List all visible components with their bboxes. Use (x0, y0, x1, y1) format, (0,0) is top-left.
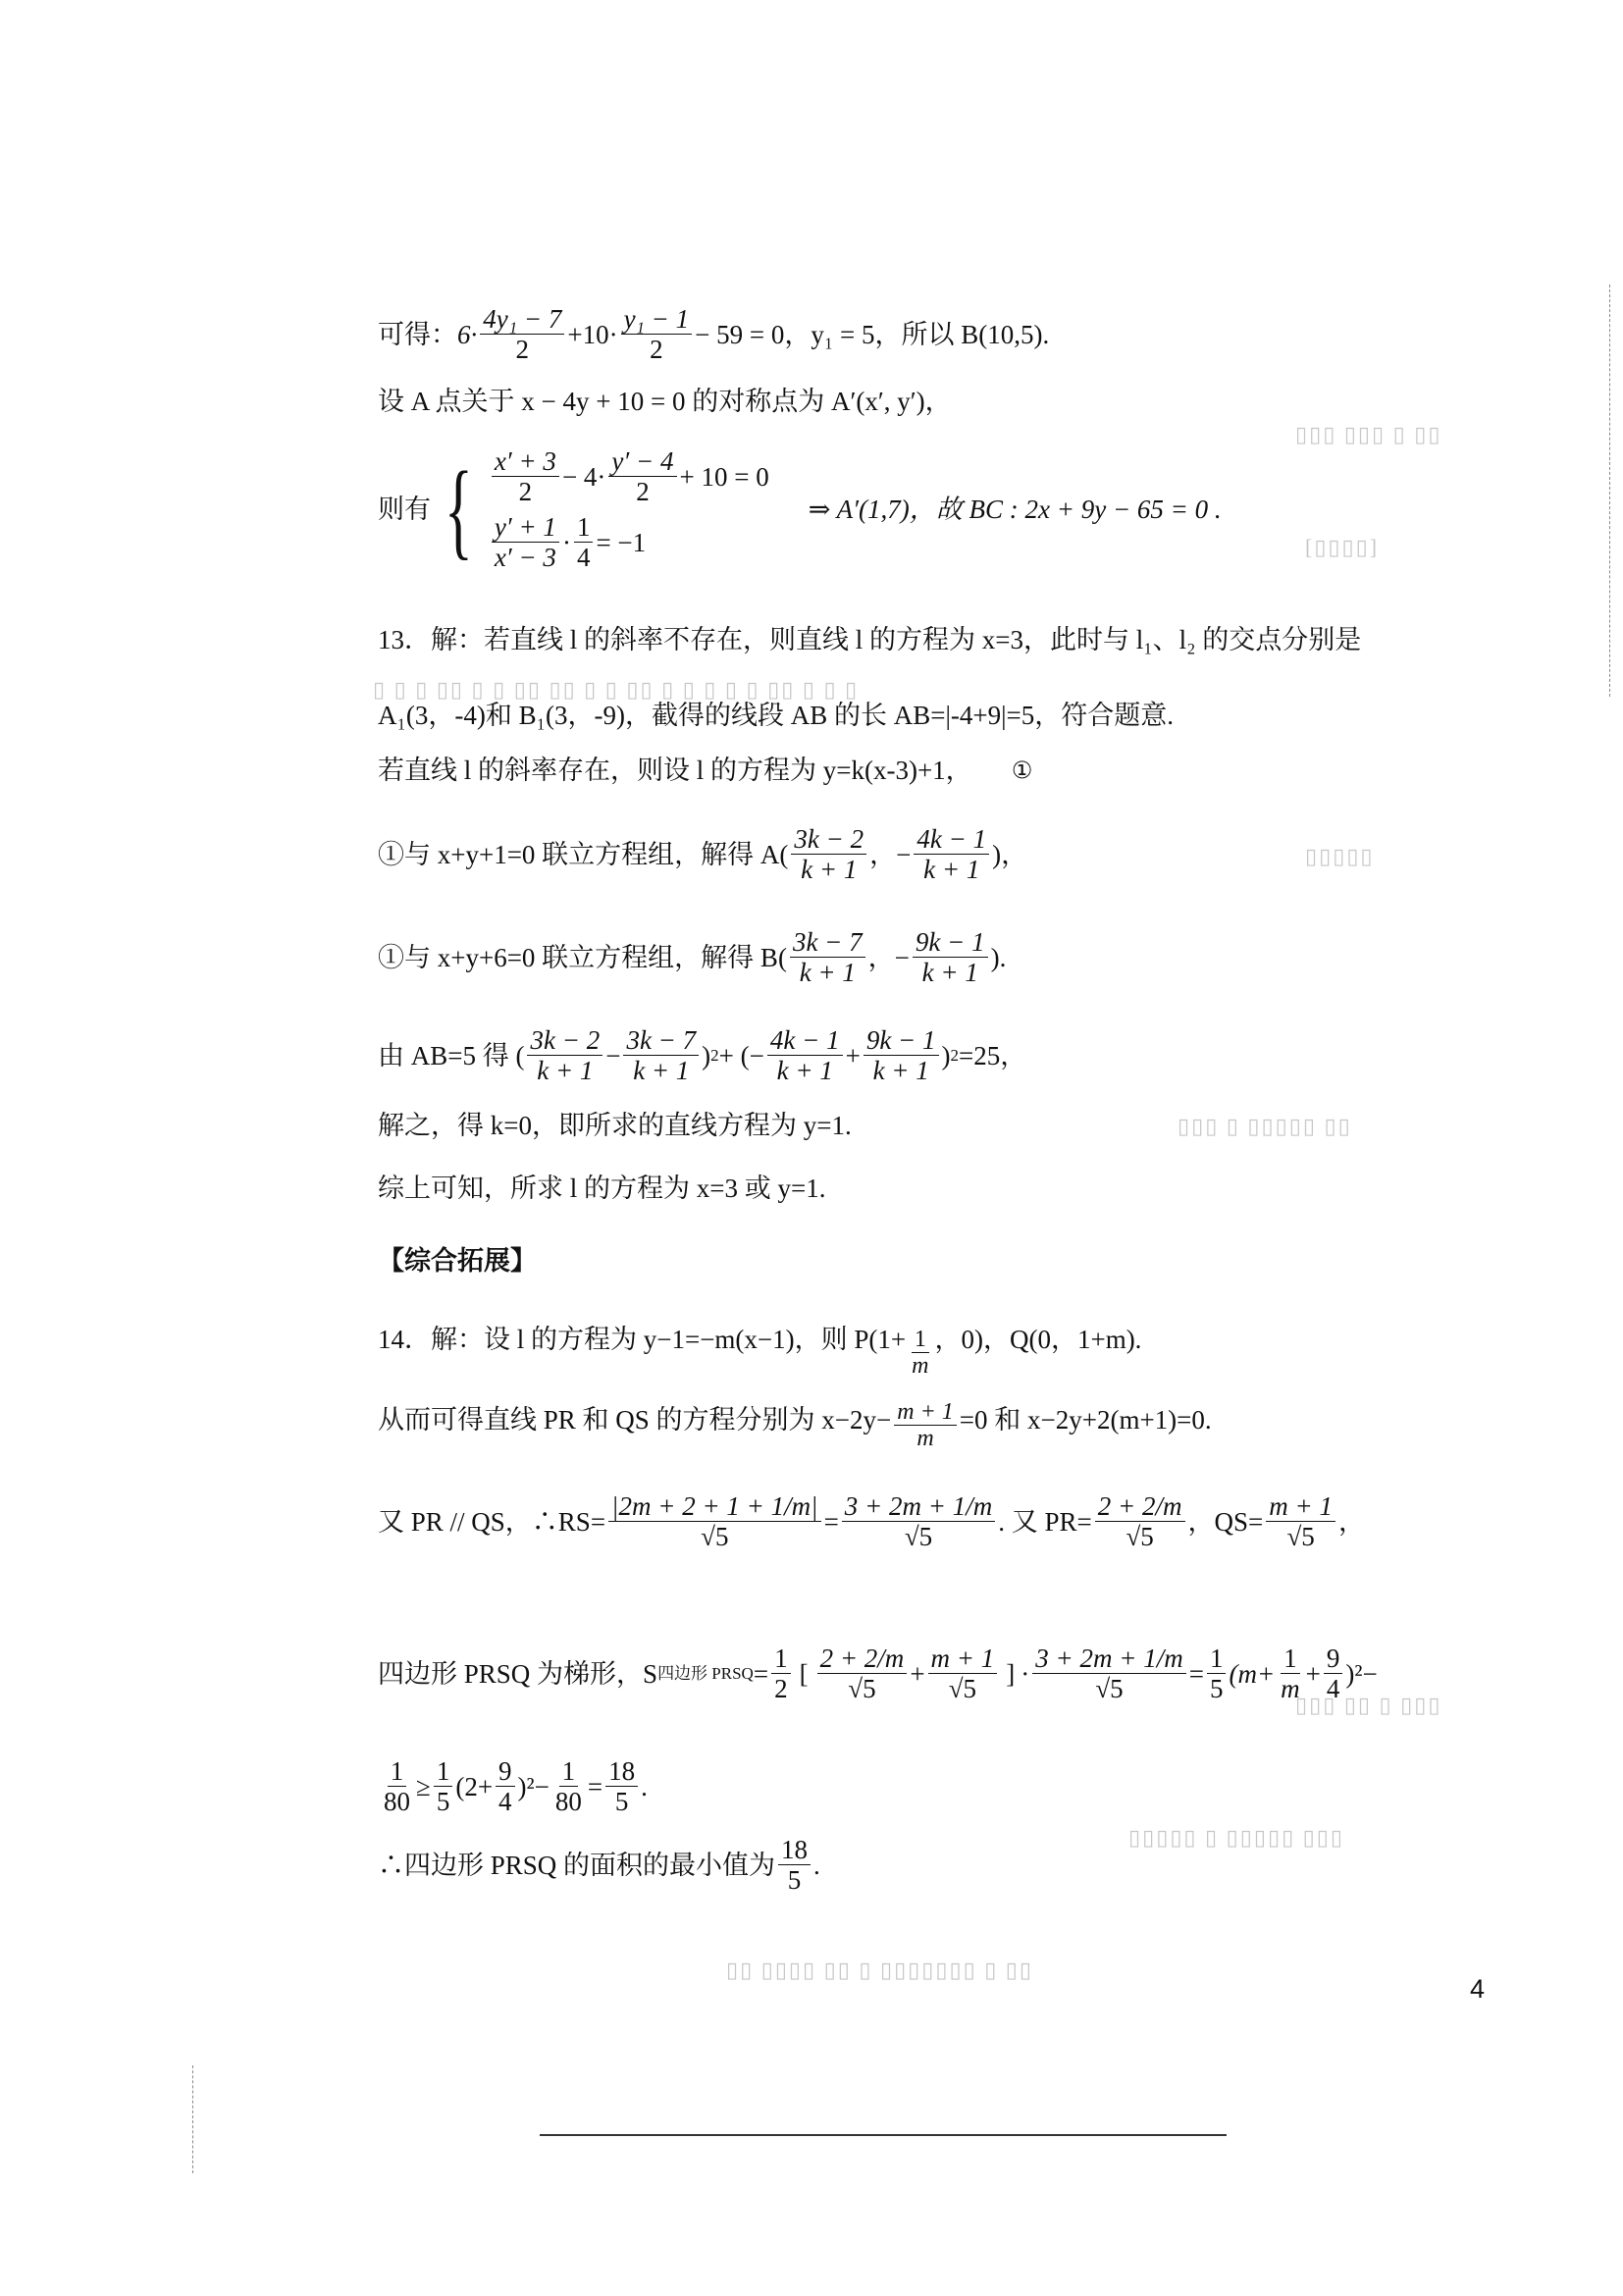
denominator: m (1278, 1674, 1303, 1703)
denominator: √5 (1123, 1522, 1156, 1551)
fraction: 4y₁ − 72 (480, 304, 564, 364)
math-text: − 59 = 0，y₁ = 5，所以 B(10,5). (695, 318, 1049, 351)
bleed-through-text: ▯▯▯ ▯▯▯ ▯ ▯▯ (1295, 422, 1441, 447)
numerator: 3 + 2m + 1/m (1032, 1644, 1185, 1674)
bleed-through-text: ▯▯▯▯▯ ▯ ▯▯▯▯▯ ▯▯▯ (1128, 1825, 1344, 1851)
denominator: 4 (496, 1787, 515, 1816)
point-b-line: ①与 x+y+6=0 联立方程组，解得 B( 3k − 7k + 1 ，− 9k… (378, 927, 1006, 987)
math-text: +10· (567, 318, 617, 351)
math-text: + 10 = 0 (680, 460, 769, 494)
fraction: x′ + 32 (492, 446, 559, 506)
denominator: 5 (785, 1865, 805, 1895)
denominator: k + 1 (534, 1056, 596, 1085)
denominator: 2 (771, 1674, 791, 1703)
problem-14-line-1: 14．解：设 l 的方程为 y−1=−m(x−1)，则 P(1+ 1m ，0)，… (378, 1313, 1141, 1365)
numerator: m + 1 (928, 1644, 998, 1674)
exponent: 2 (951, 1039, 960, 1072)
fraction: m + 1m (894, 1399, 957, 1451)
text-label: ∴四边形 PRSQ 的面积的最小值为 (378, 1849, 775, 1882)
numerator: |2m + 2 + 1 + 1/m| (608, 1491, 821, 1522)
numerator: 9 (1324, 1644, 1343, 1674)
fraction: 2 + 2/m√5 (1095, 1491, 1185, 1551)
numerator: x′ + 3 (492, 446, 559, 477)
system-row-1: x′ + 32 − 4· y′ − 42 + 10 = 0 (489, 446, 769, 506)
numerator: 18 (605, 1756, 638, 1787)
math-text: . (813, 1849, 820, 1882)
fraction: 185 (605, 1756, 638, 1816)
math-text: · (1021, 1657, 1029, 1691)
fraction: 1m (909, 1327, 931, 1379)
denominator: 5 (1207, 1674, 1227, 1703)
math-text: = (1189, 1657, 1204, 1691)
fraction: 2 + 2/m√5 (817, 1644, 908, 1703)
page-number: 4 (1470, 1974, 1485, 2005)
bleed-through-text: ▯▯▯▯▯ (1305, 844, 1375, 869)
math-text: (m+ (1229, 1657, 1275, 1691)
math-text: [ (800, 1657, 809, 1691)
problem-14-line-2: 从而可得直线 PR 和 QS 的方程分别为 x−2y− m + 1m =0 和 … (378, 1393, 1212, 1445)
fraction: 94 (496, 1756, 515, 1816)
denominator: x′ − 3 (492, 543, 559, 572)
numerator: 3 + 2m + 1/m (842, 1491, 995, 1522)
fraction: y₁ − 12 (621, 304, 693, 364)
problem-14-conclusion: ∴四边形 PRSQ 的面积的最小值为 185 . (378, 1835, 820, 1895)
denominator: √5 (1283, 1522, 1317, 1551)
scan-edge-line (192, 2065, 193, 2173)
numerator: 1 (388, 1756, 407, 1787)
math-text: · (562, 526, 571, 559)
denominator: √5 (946, 1674, 979, 1703)
numerator: y′ + 1 (492, 512, 559, 543)
fraction: 3k − 2k + 1 (527, 1025, 602, 1085)
denominator: k + 1 (920, 855, 982, 884)
fraction: 3k − 7k + 1 (790, 927, 865, 987)
math-text: )²− (1345, 1657, 1377, 1691)
text-label: 则有 (378, 493, 431, 526)
fraction: 3k − 2k + 1 (791, 824, 866, 884)
denominator: k + 1 (870, 1056, 932, 1085)
document-page: ▯▯▯ ▯▯▯ ▯ ▯▯ [▯▯▯▯] ▯ ▯ ▯ ▯▯ ▯ ▯ ▯▯ ▯▯ ▯… (0, 0, 1623, 2296)
numerator: 3k − 7 (623, 1025, 699, 1056)
fraction: |2m + 2 + 1 + 1/m|√5 (608, 1491, 821, 1551)
fraction: y′ + 1x′ − 3 (492, 512, 559, 572)
text-line: 13．解：若直线 l 的斜率不存在，则直线 l 的方程为 x=3，此时与 l₁、… (378, 623, 1361, 656)
scan-edge-line (1609, 285, 1610, 697)
text-line: A₁(3，-4)和 B₁(3，-9)，截得的线段 AB 的长 AB=|-4+9|… (378, 699, 1174, 732)
text-line: 综上可知，所求 l 的方程为 x=3 或 y=1. (378, 1172, 825, 1205)
fraction: 3k − 7k + 1 (623, 1025, 699, 1085)
denominator: 2 (633, 477, 653, 506)
numerator: m + 1 (1266, 1491, 1335, 1522)
denominator: m (909, 1353, 931, 1379)
numerator: 1 (771, 1644, 791, 1674)
fraction: m + 1√5 (928, 1644, 998, 1703)
symmetric-point-statement: 设 A 点关于 x − 4y + 10 = 0 的对称点为 A′(x′, y′)… (378, 385, 952, 418)
fraction: 14 (574, 512, 594, 572)
math-text: ， (1338, 1505, 1365, 1539)
numerator: y′ − 4 (608, 446, 676, 477)
numerator: 4k − 1 (914, 824, 989, 855)
math-text: + (− (719, 1039, 764, 1072)
problem-14-line-3: 又 PR // QS，∴RS= |2m + 2 + 1 + 1/m|√5 = 3… (378, 1491, 1365, 1551)
fraction: y′ − 42 (608, 446, 676, 506)
numerator: 9k − 1 (864, 1025, 939, 1056)
math-text: )²− (518, 1770, 550, 1803)
denominator: 2 (647, 335, 666, 364)
circled-one-marker: ① (1012, 754, 1033, 787)
section-heading: 【综合拓展】 (378, 1244, 537, 1278)
math-text: =0 和 x−2y+2(m+1)=0. (960, 1403, 1212, 1436)
text-label: 又 PR // QS，∴RS= (378, 1505, 605, 1539)
point-a-line: ①与 x+y+1=0 联立方程组，解得 A( 3k − 2k + 1 ，− 4k… (378, 824, 1027, 884)
numerator: 4y₁ − 7 (480, 304, 564, 335)
solve-k-line: 解之，得 k=0，即所求的直线方程为 y=1. (378, 1109, 852, 1142)
numerator: 1 (559, 1756, 579, 1787)
fraction: 3 + 2m + 1/m√5 (842, 1491, 995, 1551)
numerator: 1 (1207, 1644, 1227, 1674)
problem-14-area-line: 四边形 PRSQ 为梯形，S四边形 PRSQ = 12 [ 2 + 2/m√5 … (378, 1644, 1378, 1703)
fraction: 4k − 1k + 1 (767, 1025, 843, 1085)
numerator: 2 + 2/m (1095, 1491, 1185, 1522)
denominator: m (914, 1426, 936, 1451)
math-text: + (1306, 1657, 1321, 1691)
heading-text: 【综合拓展】 (378, 1244, 537, 1278)
numerator: 9k − 1 (913, 927, 988, 958)
fraction: 180 (552, 1756, 585, 1816)
math-text: + (846, 1039, 861, 1072)
denominator: √5 (845, 1674, 878, 1703)
denominator: 5 (612, 1787, 632, 1816)
fraction: 15 (434, 1756, 453, 1816)
text-label: 可得： (378, 318, 457, 351)
denominator: 80 (381, 1787, 413, 1816)
numerator: 18 (778, 1835, 811, 1865)
math-text: = (754, 1657, 768, 1691)
problem-13-conclusion: 综上可知，所求 l 的方程为 x=3 或 y=1. (378, 1172, 825, 1205)
math-text: = (824, 1505, 839, 1539)
math-text: + (910, 1657, 924, 1691)
math-text: ) (942, 1039, 951, 1072)
text-label: 四边形 PRSQ 为梯形，S (378, 1657, 657, 1691)
bleed-through-text: ▯▯▯ ▯ ▯▯▯▯▯ ▯▯ (1178, 1114, 1352, 1139)
ab-length-equation: 由 AB=5 得 ( 3k − 2k + 1 − 3k − 7k + 1 )2 … (378, 1025, 1026, 1085)
numerator: 3k − 2 (791, 824, 866, 855)
text-label: ①与 x+y+6=0 联立方程组，解得 B( (378, 941, 787, 974)
numerator: m + 1 (894, 1399, 957, 1426)
text-label: ①与 x+y+1=0 联立方程组，解得 A( (378, 838, 788, 871)
text-label: 14．解：设 l 的方程为 y−1=−m(x−1)，则 P(1+ (378, 1323, 906, 1356)
fraction: 3 + 2m + 1/m√5 (1032, 1644, 1185, 1703)
numerator: 4k − 1 (767, 1025, 843, 1056)
numerator: 9 (496, 1756, 515, 1787)
denominator: 80 (552, 1787, 585, 1816)
numerator: 1 (912, 1327, 929, 1353)
denominator: k + 1 (630, 1056, 692, 1085)
denominator: 2 (516, 477, 536, 506)
fraction: 9k − 1k + 1 (864, 1025, 939, 1085)
problem-14-inequality-line: 180 ≥ 15 (2+ 94 )²− 180 = 185 . (378, 1756, 648, 1816)
fraction: 12 (771, 1644, 791, 1703)
fraction: 185 (778, 1835, 811, 1895)
math-text: 6· (457, 318, 477, 351)
numerator: 1 (574, 512, 594, 543)
text-line: 设 A 点关于 x − 4y + 10 = 0 的对称点为 A′(x′, y′)… (378, 385, 952, 418)
scan-bottom-rule (540, 2134, 1227, 2136)
denominator: √5 (1092, 1674, 1126, 1703)
denominator: √5 (902, 1522, 935, 1551)
bleed-through-text: ▯▯ ▯▯▯▯ ▯▯ ▯ ▯▯▯▯▯▯▯ ▯ ▯▯ (726, 1957, 1033, 1983)
denominator: √5 (698, 1522, 731, 1551)
denominator: k + 1 (919, 958, 981, 987)
equation-system: 则有 { x′ + 32 − 4· y′ − 42 + 10 = 0 y′ + … (378, 446, 1222, 572)
bleed-through-text: [▯▯▯▯] (1305, 535, 1379, 560)
subscript: 四边形 PRSQ (657, 1657, 754, 1691)
math-text: ] (1006, 1657, 1015, 1691)
math-text: = −1 (596, 526, 646, 559)
math-text: ，0)，Q(0，1+m). (934, 1323, 1141, 1356)
system-row-2: y′ + 1x′ − 3 · 14 = −1 (489, 512, 769, 572)
denominator: 2 (513, 335, 533, 364)
text-label: 从而可得直线 PR 和 QS 的方程分别为 x−2y− (378, 1403, 891, 1436)
math-text: ，− (869, 838, 911, 871)
numerator: 1 (434, 1756, 453, 1787)
math-text: ≥ (416, 1770, 431, 1803)
equation-line-b-solution: 可得： 6· 4y₁ − 72 +10· y₁ − 12 − 59 = 0，y₁… (378, 304, 1049, 364)
exponent: 2 (710, 1039, 719, 1072)
numerator: 2 + 2/m (817, 1644, 908, 1674)
denominator: k + 1 (797, 958, 859, 987)
problem-13-line-3: 若直线 l 的斜率存在，则设 l 的方程为 y=k(x-3)+1， ① (378, 754, 1032, 787)
numerator: y₁ − 1 (621, 304, 693, 335)
math-text: ，− (868, 941, 910, 974)
fraction: 4k − 1k + 1 (914, 824, 989, 884)
problem-13-line-2: A₁(3，-4)和 B₁(3，-9)，截得的线段 AB 的长 AB=|-4+9|… (378, 699, 1174, 732)
text-line: 解之，得 k=0，即所求的直线方程为 y=1. (378, 1109, 852, 1142)
numerator: 3k − 2 (527, 1025, 602, 1056)
math-text: )， (992, 838, 1027, 871)
denominator: 4 (574, 543, 594, 572)
numerator: 1 (1281, 1644, 1300, 1674)
denominator: k + 1 (798, 855, 860, 884)
fraction: 94 (1324, 1644, 1343, 1703)
math-text: ). (991, 941, 1007, 974)
fraction: 9k − 1k + 1 (913, 927, 988, 987)
denominator: 4 (1324, 1674, 1343, 1703)
math-text: =25， (959, 1039, 1026, 1072)
math-text: (2+ (455, 1770, 493, 1803)
math-text: − (605, 1039, 620, 1072)
fraction: 15 (1207, 1644, 1227, 1703)
text-label: 由 AB=5 得 ( (378, 1039, 524, 1072)
denominator: k + 1 (774, 1056, 836, 1085)
problem-13-line-1: 13．解：若直线 l 的斜率不存在，则直线 l 的方程为 x=3，此时与 l₁、… (378, 623, 1361, 656)
math-text: ，QS= (1188, 1505, 1264, 1539)
math-text: ) (702, 1039, 710, 1072)
fraction: 180 (381, 1756, 413, 1816)
fraction: m + 1√5 (1266, 1491, 1335, 1551)
math-text: . (641, 1770, 648, 1803)
system-rows: x′ + 32 − 4· y′ − 42 + 10 = 0 y′ + 1x′ −… (489, 446, 769, 572)
left-brace-icon: { (445, 455, 473, 563)
math-text: = (588, 1770, 602, 1803)
math-text: − 4· (562, 460, 605, 494)
text-line: 若直线 l 的斜率存在，则设 l 的方程为 y=k(x-3)+1， (378, 754, 972, 787)
math-result: ⇒ A′(1,7)，故 BC : 2x + 9y − 65 = 0 . (809, 493, 1222, 526)
denominator: 5 (434, 1787, 453, 1816)
fraction: 1m (1278, 1644, 1303, 1703)
numerator: 3k − 7 (790, 927, 865, 958)
math-text: . 又 PR= (998, 1505, 1092, 1539)
